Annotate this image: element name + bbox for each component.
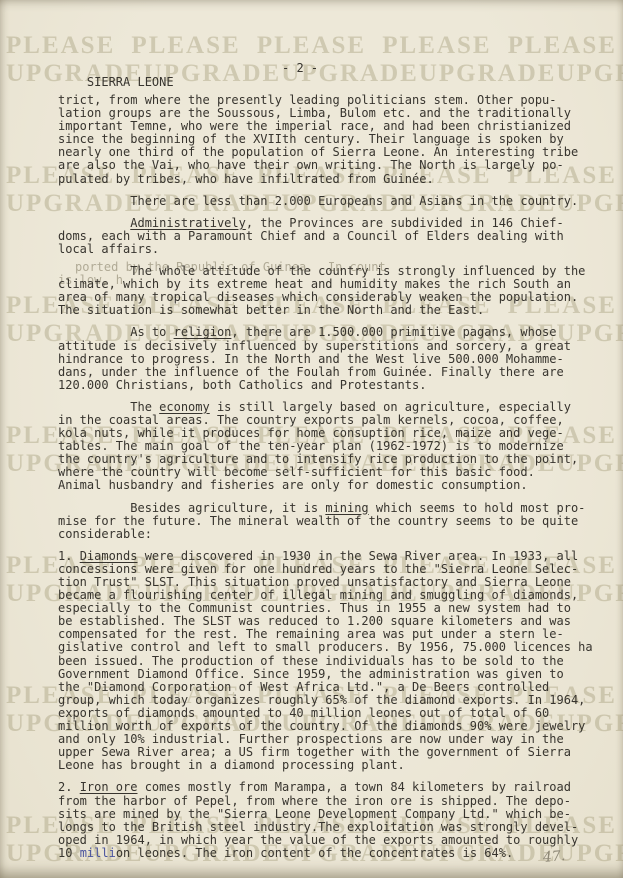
text-line: been issued. The production of these ind… xyxy=(58,655,623,668)
scanned-document-page: PLEASEPLEASEPLEASEPLEASEPLEASEUPGRADEUPG… xyxy=(0,0,623,878)
text-line: dans, under the influence of the Foulah … xyxy=(58,366,623,379)
text-line: sits are mined by the "Sierra Leone Deve… xyxy=(58,808,623,821)
text-line: mise for the future. The mineral wealth … xyxy=(58,515,623,528)
handwritten-page-number: 47. xyxy=(542,848,566,866)
paragraph: As to religion, there are 1.500.000 prim… xyxy=(58,326,623,391)
text-line: the "Diamond Corporation of West Africa … xyxy=(58,681,623,694)
document-body: trict, from where the presently leading … xyxy=(58,94,623,869)
watermark-word: UPGRADE xyxy=(556,61,623,86)
watermark-word: PLEASE xyxy=(508,33,617,58)
paragraph: 2. Iron ore comes mostly from Marampa, a… xyxy=(58,781,623,860)
text-line: longs to the British steel industry.The … xyxy=(58,821,623,834)
text-line: The economy is still largely based on ag… xyxy=(58,401,623,414)
watermark-word: PLEASE xyxy=(382,33,491,58)
paragraph: There are less than 2.000 Europeans and … xyxy=(58,195,623,208)
paragraph: Besides agriculture, it is mining which … xyxy=(58,502,623,541)
text-line: pulated by tribes, who have infiltrated … xyxy=(58,173,623,186)
text-line: There are less than 2.000 Europeans and … xyxy=(58,195,623,208)
text-line: As to religion, there are 1.500.000 prim… xyxy=(58,326,623,339)
paragraph: The whole attitude of the country is str… xyxy=(58,265,623,317)
paragraph: trict, from where the presently leading … xyxy=(58,94,623,186)
text-line: from the harbor of Pepel, from where the… xyxy=(58,795,623,808)
text-line: 1. Diamonds were discovered in 1930 in t… xyxy=(58,550,623,563)
watermark-word: PLEASE xyxy=(131,33,240,58)
text-line: Animal husbandry and fisheries are only … xyxy=(58,479,623,492)
text-line: attitude is decisively influenced by sup… xyxy=(58,340,623,353)
text-line: Government Diamond Office. Since 1959, t… xyxy=(58,668,623,681)
text-line: oped in 1964, in which year the value of… xyxy=(58,834,623,847)
text-line: considerable: xyxy=(58,528,623,541)
text-line: are also the Vai, who have their own wri… xyxy=(58,159,623,172)
paragraph: 1. Diamonds were discovered in 1930 in t… xyxy=(58,550,623,773)
text-line: doms, each with a Paramount Chief and a … xyxy=(58,230,623,243)
text-line: 120.000 Christians, both Catholics and P… xyxy=(58,379,623,392)
text-line: 2. Iron ore comes mostly from Marampa, a… xyxy=(58,781,623,794)
header-title: SIERRA LEONE xyxy=(87,75,174,89)
watermark-word: UPGRADE xyxy=(419,61,557,86)
paragraph: Administratively, the Provinces are subd… xyxy=(58,217,623,256)
text-line: hindrance to progress. In the North and … xyxy=(58,353,623,366)
paragraph: The economy is still largely based on ag… xyxy=(58,401,623,493)
text-line: group, which today organizes roughly 65%… xyxy=(58,694,623,707)
text-line: 10 million leones. The iron content of t… xyxy=(58,847,623,860)
page-number-header: - 2 - xyxy=(282,61,318,75)
text-line: local affairs. xyxy=(58,243,623,256)
watermark-word: PLEASE xyxy=(257,33,366,58)
text-line: Besides agriculture, it is mining which … xyxy=(58,502,623,515)
watermark-row: PLEASEPLEASEPLEASEPLEASEPLEASE xyxy=(0,33,623,58)
watermark-word: PLEASE xyxy=(6,33,115,58)
text-line: Leone has brought in a diamond processin… xyxy=(58,759,623,772)
text-line: The situation is somewhat better in the … xyxy=(58,304,623,317)
text-line: gislative control and left to small prod… xyxy=(58,641,623,654)
text-line: Administratively, the Provinces are subd… xyxy=(58,217,623,230)
